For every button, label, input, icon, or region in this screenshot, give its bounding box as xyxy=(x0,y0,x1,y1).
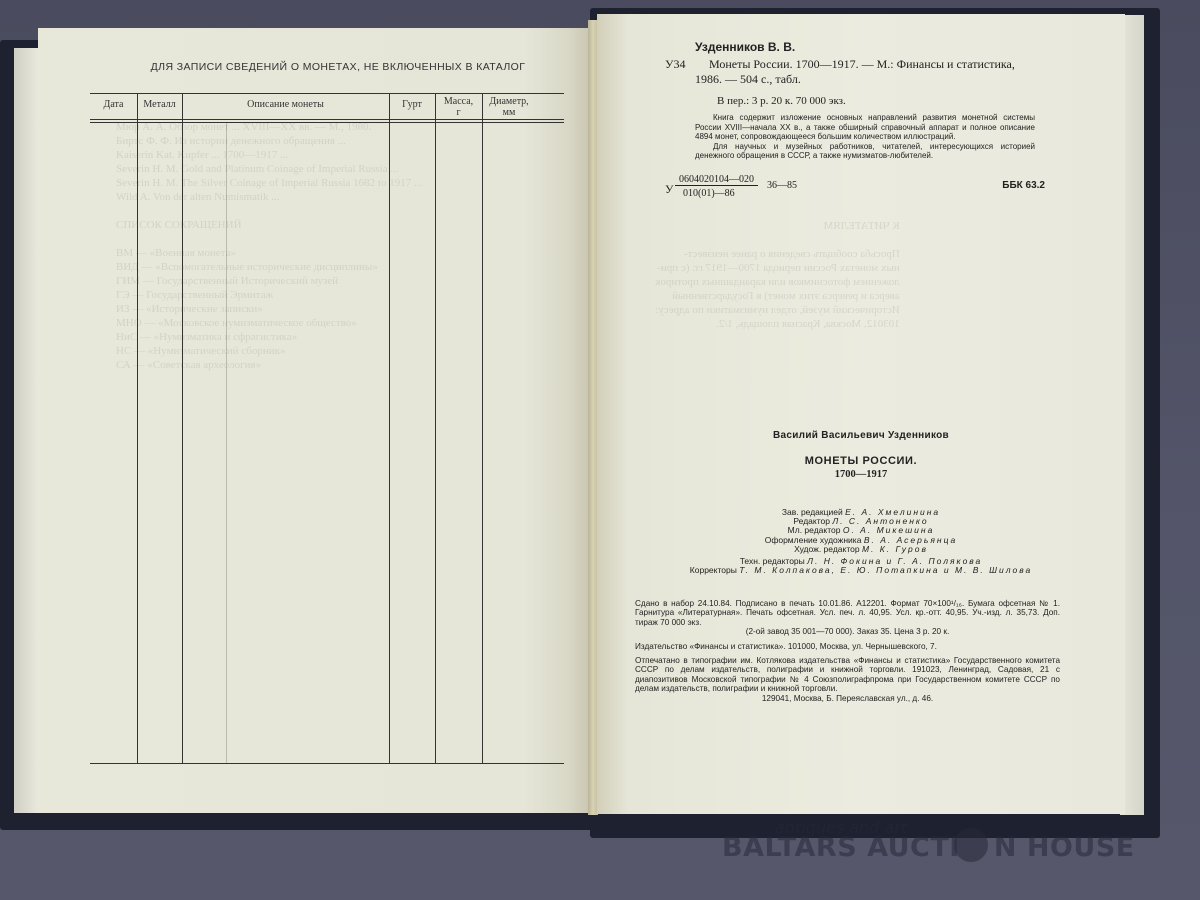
classification-prefix: У xyxy=(665,182,674,197)
author-heading: Узденников В. В. xyxy=(695,40,795,54)
editorial-credits: Зав. редакцией Е. А. Хмелинина Редактор … xyxy=(597,508,1125,575)
column-header-edge: Гурт xyxy=(389,99,435,110)
classification-suffix: 36—85 xyxy=(767,180,797,191)
classification-denominator: 010(01)—86 xyxy=(683,188,735,199)
faint-col-divider xyxy=(226,123,227,763)
column-header-description: Описание монеты xyxy=(182,99,389,110)
bleed-through-text: К ЧИТАТЕЛЯМ Просьба сообщать сведения о … xyxy=(655,219,900,331)
left-page-title: ДЛЯ ЗАПИСИ СВЕДЕНИЙ О МОНЕТАХ, НЕ ВКЛЮЧЕ… xyxy=(118,61,558,73)
coin-record-table: Дата Металл Описание монеты Гурт Масса, … xyxy=(90,93,564,763)
page-edges-left xyxy=(14,48,38,813)
col-divider xyxy=(137,93,138,763)
left-page: Мюр А. А. Обзор монет ... XVIII—XX вв. —… xyxy=(38,28,590,813)
col-divider xyxy=(435,93,436,763)
classification-index: У 0604020104—020 010(01)—86 36—85 ББК 63… xyxy=(665,174,1045,204)
book-years: 1700—1917 xyxy=(597,469,1125,480)
book-title: МОНЕТЫ РОССИИ. xyxy=(597,455,1125,467)
price-line: В пер.: 3 р. 20 к. 70 000 экз. xyxy=(717,95,846,107)
bibliographic-entry: Монеты России. 1700—1917. — М.: Финансы … xyxy=(695,57,1035,87)
column-header-mass: Масса, г xyxy=(435,96,482,118)
printer-address: 129041, Москва, Б. Переяславская ул., д.… xyxy=(635,694,1060,703)
annotation: Книга содержит изложение основных направ… xyxy=(695,113,1035,161)
imprint: Сдано в набор 24.10.84. Подписано в печа… xyxy=(635,599,1060,708)
publisher-info: Издательство «Финансы и статистика». 101… xyxy=(635,642,1060,651)
annotation-paragraph: Книга содержит изложение основных направ… xyxy=(695,113,1035,142)
table-rule-bottom xyxy=(90,763,564,764)
col-divider xyxy=(182,93,183,763)
table-rule-header xyxy=(90,119,564,120)
watermark: BALTARS AUCTIN HOUSE xyxy=(722,832,1135,863)
classification-numerator: 0604020104—020 xyxy=(675,174,758,186)
table-rule-header-double xyxy=(90,122,564,123)
watermark-logo-icon xyxy=(954,828,988,862)
table-rule-top xyxy=(90,93,564,94)
column-header-metal: Металл xyxy=(137,99,182,110)
full-author-name: Василий Васильевич Узденников xyxy=(597,430,1125,441)
bbk-code: ББК 63.2 xyxy=(1002,180,1045,191)
annotation-paragraph: Для научных и музейных работников, читат… xyxy=(695,142,1035,161)
column-header-date: Дата xyxy=(90,99,137,110)
printer-info: Отпечатано в типографии им. Котлякова из… xyxy=(635,656,1060,694)
right-page: К ЧИТАТЕЛЯМ Просьба сообщать сведения о … xyxy=(597,14,1125,814)
classification-code: У34 xyxy=(665,57,686,72)
credit-row: Худож. редактор М. К. Гуров xyxy=(597,545,1125,554)
col-divider xyxy=(482,93,483,763)
credit-row: Корректоры Т. М. Колпакова, Е. Ю. Потапк… xyxy=(597,566,1125,575)
print-data: Сдано в набор 24.10.84. Подписано в печа… xyxy=(635,599,1060,637)
column-header-diameter: Диаметр, мм xyxy=(482,96,536,118)
col-divider xyxy=(389,93,390,763)
